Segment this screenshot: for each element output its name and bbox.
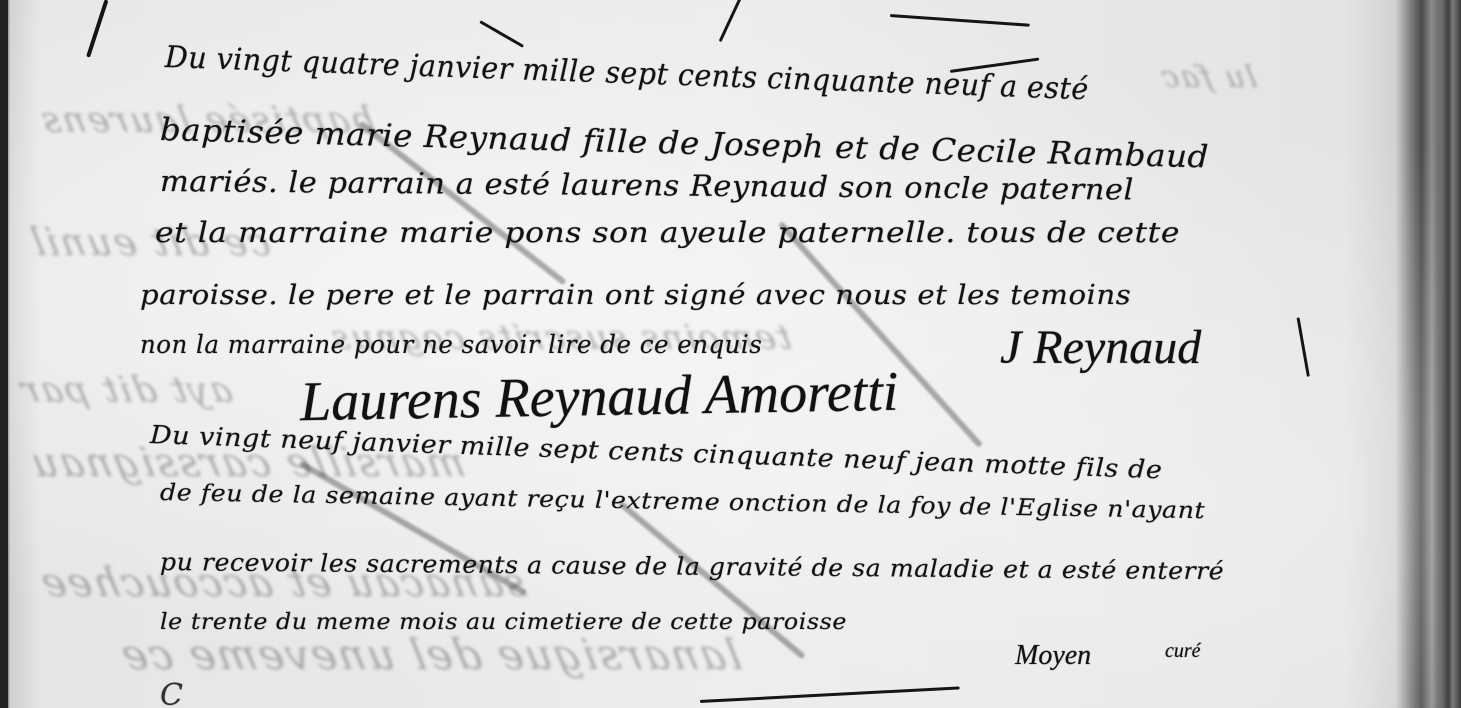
signature-j-reynaud: J Reynaud: [1000, 320, 1201, 375]
baptism-line-4: et la marraine marie pons son ayeule pat…: [155, 216, 1180, 249]
bleed-through-text: ayt dit par: [16, 370, 237, 411]
baptism-line-5: paroisse. le pere et le parrain ont sign…: [140, 280, 1131, 311]
signature-cure: curé: [1165, 640, 1201, 663]
burial-line-2: de feu de la semaine ayant reçu l'extrem…: [160, 480, 1206, 524]
bleed-through-text: lanarsigue del uneveme ce: [115, 630, 746, 679]
signature-flourish: [1297, 317, 1310, 377]
baptism-line-6: non la marraine pour ne savoir lire de c…: [140, 330, 762, 359]
next-entry-stroke: [700, 686, 960, 703]
register-page: baptisée laurens ce dit eunil temoins su…: [0, 0, 1461, 708]
next-entry-partial: C: [160, 678, 183, 708]
signature-moyen: Moyen: [1015, 640, 1091, 672]
baptism-line-3: mariés. le parrain a esté laurens Reynau…: [160, 164, 1134, 206]
signature-laurens-reynaud: Laurens Reynaud: [300, 364, 692, 433]
pen-stroke: [890, 14, 1030, 27]
pen-stroke: [719, 0, 743, 42]
page-left-edge: [0, 0, 8, 708]
baptism-line-1: Du vingt quatre janvier mille sept cents…: [164, 40, 1089, 107]
signature-amoretti: Amoretti: [704, 361, 899, 426]
signature-laurens-reynaud-amoretti: Laurens Reynaud Amoretti: [299, 360, 898, 434]
book-binding: [1433, 0, 1461, 708]
burial-line-4: le trente du meme mois au cimetiere de c…: [160, 610, 847, 635]
pen-stroke: [86, 0, 108, 58]
pen-stroke: [479, 20, 524, 48]
bleed-through-text: lu fac: [1156, 60, 1260, 95]
